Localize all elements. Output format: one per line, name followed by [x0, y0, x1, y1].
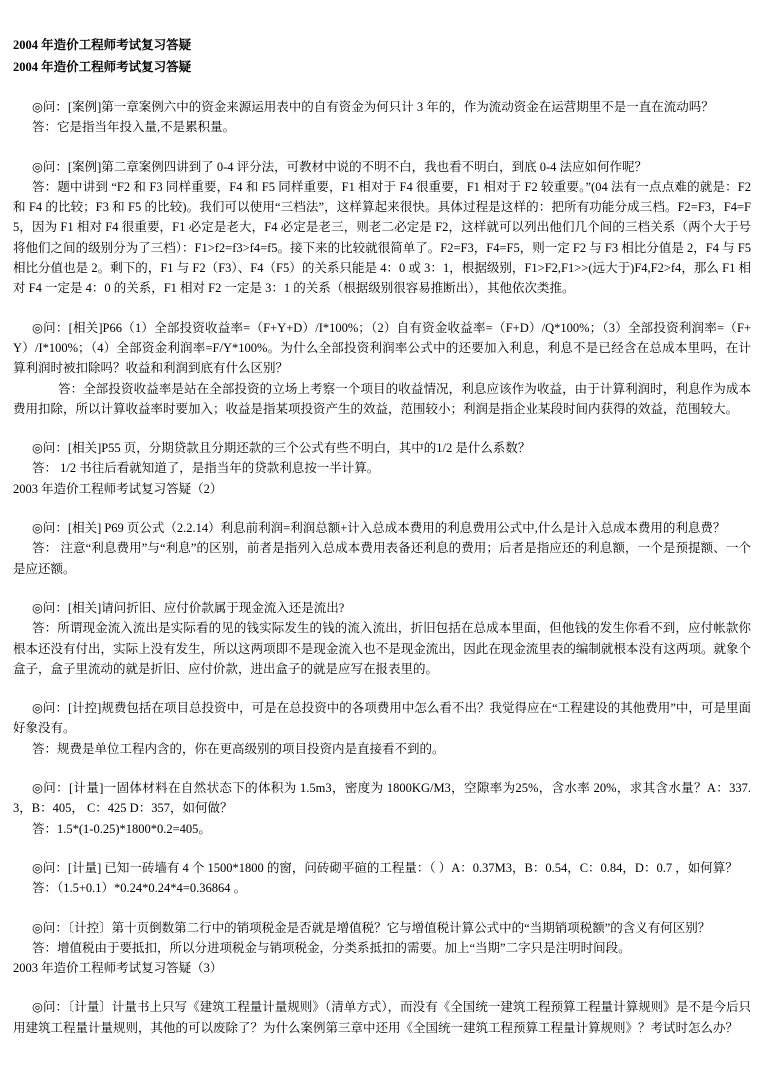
qa-block-2: ◎问：[案例]第二章案例四讲到了 0-4 评分法，可教材中说的不明不白，我也看不…: [13, 157, 751, 299]
doc-title-repeat: 2004 年造价工程师考试复习答疑: [13, 56, 751, 78]
question-3: ◎问：[相关]P66（1）全部投资收益率=（F+Y+D）/I*100%；（2）自…: [13, 318, 751, 379]
answer-9: 答：（1.5+0.1）*0.24*0.24*4=0.36864 。: [13, 878, 751, 898]
question-6: ◎问：[相关]请问折旧、应付价款属于现金流入还是流出?: [13, 598, 751, 618]
question-9: ◎问：[计量] 已知一砖墙有 4 个 1500*1800 的窗，问砖砌平碹的工程…: [13, 858, 751, 878]
answer-4: 答： 1/2 书往后看就知道了，是指当年的贷款利息按一半计算。: [13, 458, 751, 478]
qa-block-11: ◎问：〔计量〕计量书上只写《建筑工程量计量规则》（清单方式），而没有《全国统一建…: [13, 997, 751, 1038]
qa-block-7: ◎问：[计控]规费包括在项目总投资中，可是在总投资中的各项费用中怎么看不出？我觉…: [13, 698, 751, 759]
answer-2: 答：题中讲到 “F2 和 F3 同样重要，F4 和 F5 同样重要，F1 相对于…: [13, 177, 751, 299]
answer-7: 答：规费是单位工程内含的，你在更高级别的项目投资内是直接看不到的。: [13, 739, 751, 759]
question-2: ◎问：[案例]第二章案例四讲到了 0-4 评分法，可教材中说的不明不白，我也看不…: [13, 157, 751, 177]
answer-5: 答： 注意“利息费用”与“利息”的区别，前者是指列入总成本费用表备还利息的费用；…: [13, 538, 751, 579]
question-5: ◎问：[相关] P69 页公式（2.2.14）利息前利润=利润总额+计入总成本费…: [13, 518, 751, 538]
answer-1: 答：它是指当年投入量,不是累积量。: [13, 117, 751, 137]
question-4: ◎问：[相关]P55 页，分期贷款且分期还款的三个公式有些不明白，其中的1/2 …: [13, 438, 751, 458]
qa-block-5: ◎问：[相关] P69 页公式（2.2.14）利息前利润=利润总额+计入总成本费…: [13, 518, 751, 579]
section-title-3: 2003 年造价工程师考试复习答疑（3）: [13, 958, 751, 978]
answer-8: 答：1.5*(1-0.25)*1800*0.2=405。: [13, 819, 751, 839]
doc-title: 2004 年造价工程师考试复习答疑: [13, 34, 751, 56]
question-11: ◎问：〔计量〕计量书上只写《建筑工程量计量规则》（清单方式），而没有《全国统一建…: [13, 997, 751, 1038]
question-8: ◎问：[计量]一固体材料在自然状态下的体积为 1.5m3，密度为 1800KG/…: [13, 778, 751, 819]
qa-block-8: ◎问：[计量]一固体材料在自然状态下的体积为 1.5m3，密度为 1800KG/…: [13, 778, 751, 839]
answer-10: 答：增值税由于要抵扣，所以分进项税金与销项税金，分类系抵扣的需要。加上“当期”二…: [13, 938, 751, 958]
qa-block-10: ◎问：〔计控〕第十页倒数第二行中的销项税金是否就是增值税？它与增值税计算公式中的…: [13, 918, 751, 959]
qa-block-6: ◎问：[相关]请问折旧、应付价款属于现金流入还是流出? 答：所谓现金流入流出是实…: [13, 598, 751, 679]
answer-3: 答：全部投资收益率是站在全部投资的立场上考察一个项目的收益情况，利息应该作为收益…: [13, 379, 751, 420]
question-7: ◎问：[计控]规费包括在项目总投资中，可是在总投资中的各项费用中怎么看不出？我觉…: [13, 698, 751, 739]
qa-block-3: ◎问：[相关]P66（1）全部投资收益率=（F+Y+D）/I*100%；（2）自…: [13, 318, 751, 419]
document-page: 2004 年造价工程师考试复习答疑 2004 年造价工程师考试复习答疑 ◎问：[…: [0, 0, 763, 1080]
qa-block-1: ◎问：[案例]第一章案例六中的资金来源运用表中的自有资金为何只计 3 年的，作为…: [13, 97, 751, 138]
question-10: ◎问：〔计控〕第十页倒数第二行中的销项税金是否就是增值税？它与增值税计算公式中的…: [13, 918, 751, 938]
question-1: ◎问：[案例]第一章案例六中的资金来源运用表中的自有资金为何只计 3 年的，作为…: [13, 97, 751, 117]
qa-block-4: ◎问：[相关]P55 页，分期贷款且分期还款的三个公式有些不明白，其中的1/2 …: [13, 438, 751, 479]
qa-block-9: ◎问：[计量] 已知一砖墙有 4 个 1500*1800 的窗，问砖砌平碹的工程…: [13, 858, 751, 899]
section-title-2: 2003 年造价工程师考试复习答疑（2）: [13, 479, 751, 499]
answer-6: 答：所谓现金流入流出是实际看的见的钱实际发生的钱的流入流出，折旧包括在总成本里面…: [13, 618, 751, 679]
